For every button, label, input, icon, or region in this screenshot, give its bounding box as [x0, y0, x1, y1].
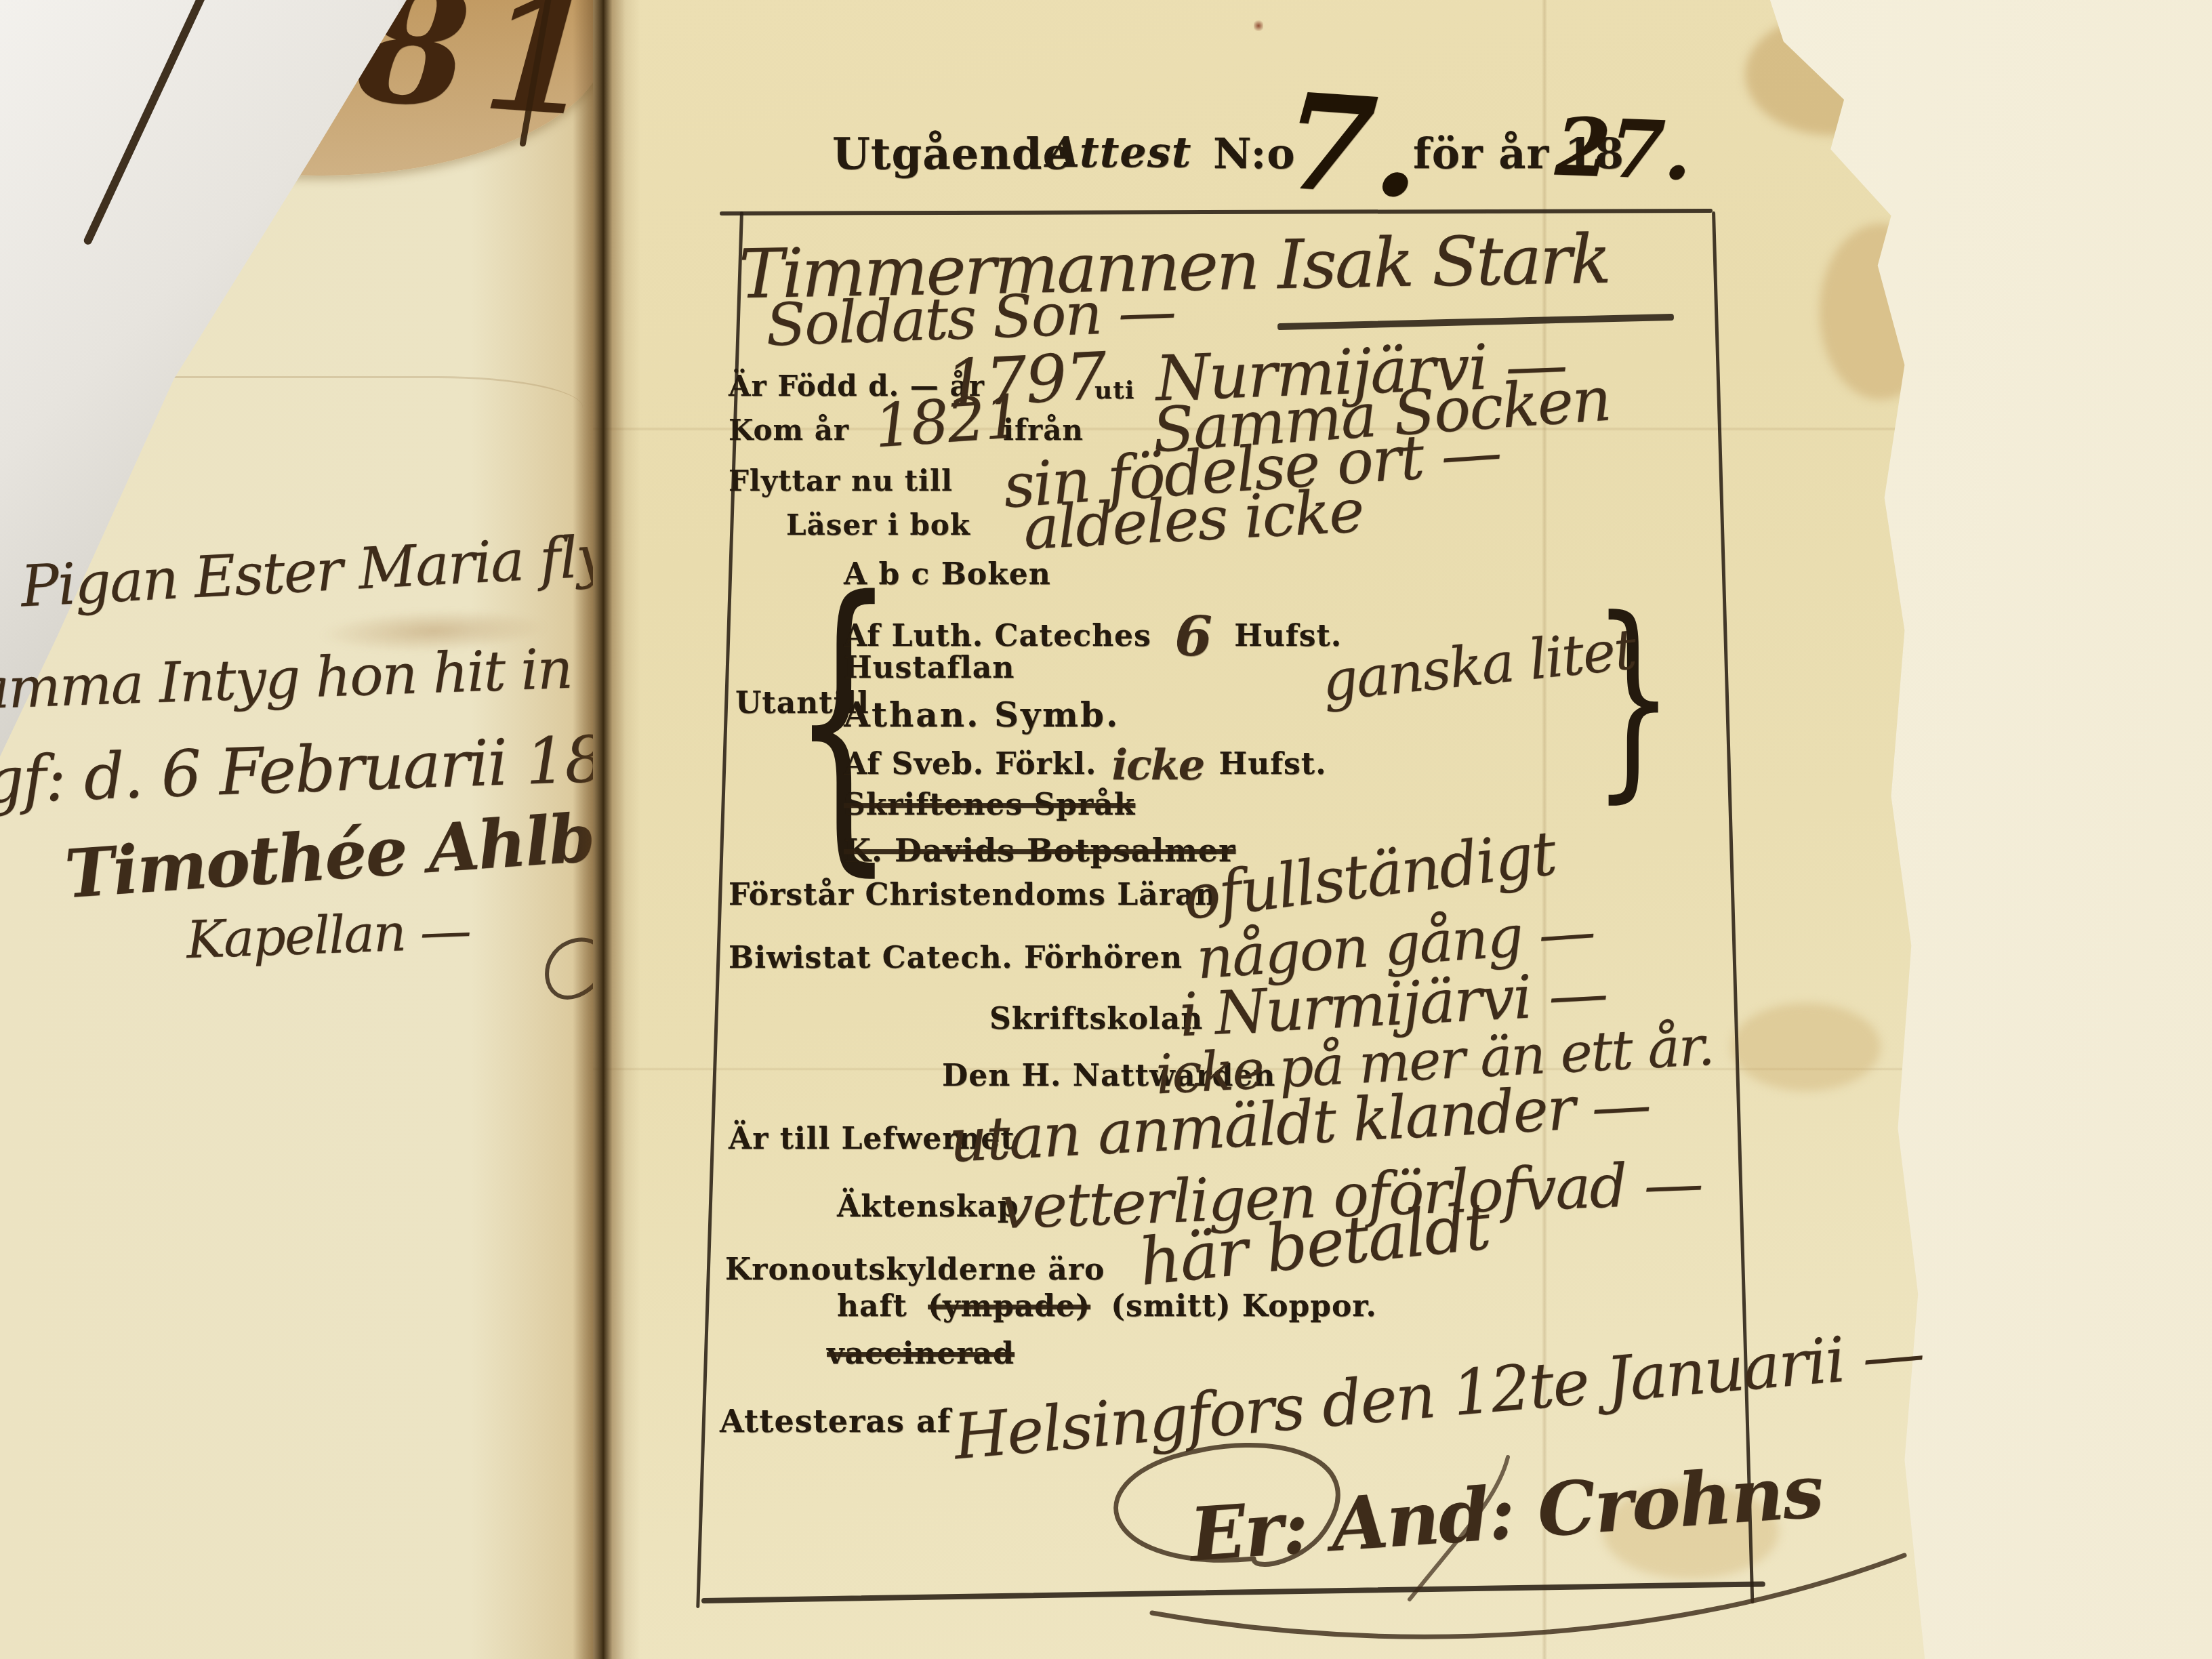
- utantill-item: Af Sveb. Förkl. icke Hufst.: [844, 740, 1327, 790]
- label-came-ifran: ifrån: [1003, 413, 1084, 447]
- label-marriage: Äktenskap: [837, 1189, 1019, 1224]
- left-signature-title: Kapellan —: [186, 900, 472, 970]
- paper-stain: [1820, 224, 1942, 400]
- book-gutter-shadow: [573, 0, 626, 1659]
- utantill-item-text: K. Davids Botpsalmer: [844, 832, 1235, 869]
- utantill-item-struck: K. Davids Botpsalmer: [844, 832, 1235, 869]
- utantill-item: Hustaflan: [844, 651, 1015, 685]
- label-born-uti: uti: [1094, 376, 1134, 405]
- utantill-item-tail: Hufst.: [1234, 619, 1342, 653]
- left-note-line: gf: d. 6 Februarii 1827.: [0, 720, 603, 819]
- paper-stain: [1745, 14, 1921, 136]
- pox-rest: (smitt) Koppor.: [1111, 1289, 1377, 1324]
- utantill-item-text: Af Sveb. Förkl.: [844, 747, 1097, 781]
- title-year-handwritten: 27.: [1554, 100, 1692, 199]
- pox-struck-word: (ympade): [928, 1289, 1090, 1324]
- left-note-line: Pigan Ester Maria flyttar: [19, 517, 603, 619]
- utantill-item-handwritten: 6: [1174, 605, 1211, 668]
- utantill-item: Athan. Symb.: [844, 695, 1120, 735]
- utantill-item: A b c Boken: [844, 557, 1051, 592]
- utantill-item-text: Hustaflan: [844, 651, 1015, 685]
- entry-came-year: 1821: [872, 382, 1023, 462]
- label-moves: Flyttar nu till: [729, 464, 953, 497]
- title-attest: Attest: [1047, 127, 1191, 177]
- vaccinated-text: vaccinerad: [827, 1336, 1015, 1371]
- utantill-item-text: Athan. Symb.: [844, 695, 1120, 735]
- label-school: Skriftskolan: [989, 1002, 1203, 1036]
- utantill-item-handwritten: icke: [1112, 740, 1204, 790]
- label-attended: Biwistat Catech. Förhören: [729, 941, 1183, 975]
- left-note-line: amma Intyg hon hit in: [0, 637, 573, 722]
- left-page: 681 Pigan Ester Maria flyttar amma Intyg…: [0, 0, 603, 1659]
- label-attest: Attesteras af: [720, 1403, 951, 1439]
- utantill-item-text: A b c Boken: [844, 557, 1051, 592]
- paper-stain: [1732, 1003, 1881, 1091]
- brace-right-icon: }: [1593, 573, 1674, 822]
- photo-of-church-certificate: 681 Pigan Ester Maria flyttar amma Intyg…: [0, 0, 2212, 1659]
- label-understands: Förstår Christendoms Läran: [729, 878, 1217, 912]
- title-utgaende: Utgående: [832, 129, 1071, 180]
- utantill-item-text: Af Luth. Cateches: [844, 619, 1151, 653]
- label-taxes: Kronoutskylderne äro: [725, 1252, 1105, 1287]
- title-number-handwritten: 7.: [1279, 63, 1425, 227]
- pox-prefix: haft: [837, 1289, 907, 1324]
- label-came: Kom år: [729, 413, 849, 447]
- utantill-item-tail: Hufst.: [1219, 747, 1327, 781]
- utantill-item-text: Skriftenes Språk: [844, 787, 1135, 822]
- label-vaccinated-struck: vaccinerad: [827, 1336, 1015, 1371]
- utantill-item-struck: Skriftenes Språk: [844, 787, 1135, 822]
- ink-speck: [1254, 19, 1263, 33]
- label-pox: haft (ympade) (smitt) Koppor.: [837, 1289, 1377, 1324]
